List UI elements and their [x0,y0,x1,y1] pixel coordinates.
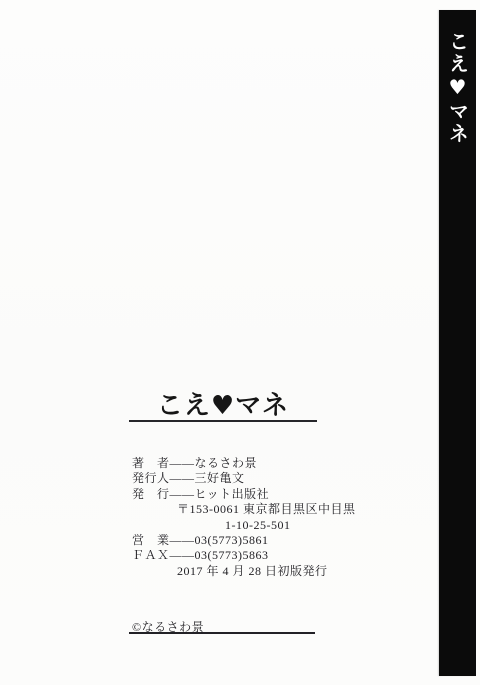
copyright-underline [129,632,315,634]
spine-vertical-title: こえ♥マネ [448,31,468,145]
colophon-line-address-2: 1-10-25-501 [0,518,480,533]
colophon-page: こえ♥マネ こえ♥マネ 著 者——なるさわ景 発行人——三好亀文 発 行——ヒッ… [0,0,480,685]
title-underline [129,420,317,422]
colophon-line-author: 著 者——なるさわ景 [0,456,480,471]
colophon-line-edition-date: 2017 年 4 月 28 日初版発行 [0,564,480,579]
colophon-block: 著 者——なるさわ景 発行人——三好亀文 発 行——ヒット出版社 〒153-00… [0,456,480,579]
colophon-line-address-1: 〒153-0061 東京都目黒区中目黒 [0,502,480,517]
colophon-line-fax: ＦＡＸ——03(5773)5863 [0,548,480,563]
colophon-line-publisher-person: 発行人——三好亀文 [0,471,480,486]
colophon-line-sales-phone: 営 業——03(5773)5861 [0,533,480,548]
book-title: こえ♥マネ [129,385,317,422]
colophon-line-publisher: 発 行——ヒット出版社 [0,487,480,502]
